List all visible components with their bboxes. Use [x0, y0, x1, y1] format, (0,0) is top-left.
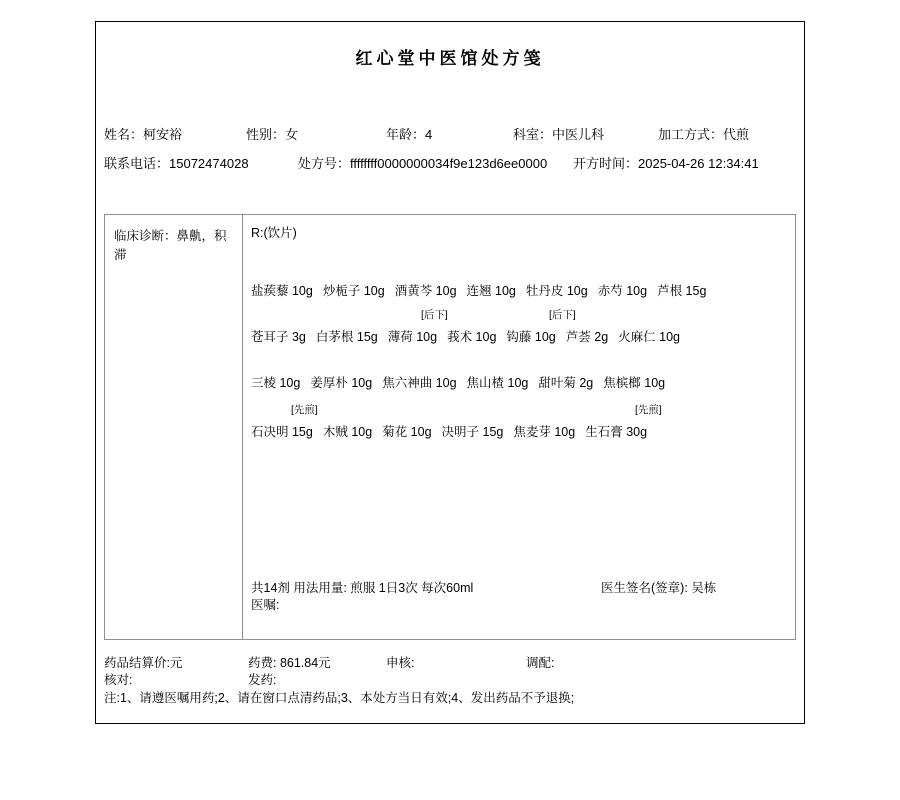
- field-label: 姓名：: [104, 127, 143, 142]
- herb-line: 苍耳子 3g白茅根 15g薄荷 10g莪术 10g钩藤 10g芦荟 2g火麻仁 …: [251, 327, 690, 345]
- herb-item: 莪术 10g: [447, 330, 496, 344]
- footer-review: 申核:: [386, 653, 414, 671]
- herb-item: 焦六神曲 10g: [382, 376, 456, 390]
- field-label: 药费:: [248, 656, 280, 670]
- field-label: 科室：: [513, 127, 552, 142]
- herb-item: 赤芍 10g: [598, 284, 647, 298]
- field-value: 2025-04-26 12:34:41: [638, 156, 759, 171]
- herb-item: 盐蒺藜 10g: [251, 284, 313, 298]
- herb-item: 焦麦芽 10g: [513, 425, 575, 439]
- herb-line: 石决明 15g木贼 10g菊花 10g决明子 15g焦麦芽 10g生石膏 30g: [251, 422, 657, 440]
- field-department: 科室：中医儿科: [513, 124, 604, 143]
- herb-item: 芦荟 2g: [566, 330, 608, 344]
- herb-item: 钩藤 10g: [506, 330, 555, 344]
- signature-value: 吴栋: [691, 581, 716, 595]
- footer-drug-fee: 药费: 861.84元: [248, 653, 331, 671]
- herb-item: 焦槟榔 10g: [603, 376, 665, 390]
- herb-item: 三棱 10g: [251, 376, 300, 390]
- herb-line: 三棱 10g姜厚朴 10g焦六神曲 10g焦山楂 10g甜叶菊 2g焦槟榔 10…: [251, 373, 675, 391]
- herb-item: 决明子 15g: [442, 425, 504, 439]
- footer-note: 注:1、请遵医嘱用药;2、请在窗口点清药品;3、本处方当日有效;4、发出药品不予…: [104, 688, 574, 706]
- medical-advice-label: 医嘱:: [251, 595, 279, 613]
- footer-dispense: 发药:: [248, 670, 276, 688]
- herb-item: 芦根 15g: [657, 284, 706, 298]
- field-label: 核对:: [104, 673, 132, 687]
- field-prescription-number: 处方号：ffffffff0000000034f9e123d6ee0000: [298, 153, 547, 172]
- herb-item: 火麻仁 10g: [618, 330, 680, 344]
- page-title: 红心堂中医馆处方笺: [96, 44, 804, 69]
- herb-item: 炒栀子 10g: [323, 284, 385, 298]
- field-value: 中医儿科: [552, 127, 604, 142]
- field-value: 代煎: [723, 127, 749, 142]
- footer-dispense-prepare: 调配:: [526, 653, 554, 671]
- field-value: 柯安裕: [143, 127, 182, 142]
- field-label: 调配:: [526, 656, 554, 670]
- diagnosis-label: 临床诊断：: [114, 229, 177, 243]
- field-label: 年龄：: [386, 127, 425, 142]
- herb-item: 木贼 10g: [323, 425, 372, 439]
- herb-item: 石决明 15g: [251, 425, 313, 439]
- prescription-sheet: 红心堂中医馆处方笺 姓名：柯安裕 性别：女 年龄：4 科室：中医儿科 加工方式：…: [95, 21, 805, 724]
- herb-item: 菊花 10g: [382, 425, 431, 439]
- field-label: 药品结算价:: [104, 656, 170, 670]
- footer-settlement-price: 药品结算价:元: [104, 653, 183, 671]
- rx-header: R:(饮片): [251, 223, 297, 241]
- field-label: 申核:: [386, 656, 414, 670]
- decoction-annotation: [先煎]: [291, 402, 318, 417]
- field-value: 元: [170, 656, 183, 670]
- field-value: 861.84元: [280, 656, 331, 670]
- decoction-annotation: [后下]: [549, 307, 576, 322]
- field-issue-time: 开方时间：2025-04-26 12:34:41: [573, 153, 759, 172]
- herb-line: 盐蒺藜 10g炒栀子 10g酒黄芩 10g连翘 10g牡丹皮 10g赤芍 10g…: [251, 281, 716, 299]
- herb-item: 薄荷 10g: [388, 330, 437, 344]
- rx-content: R:(饮片) 盐蒺藜 10g炒栀子 10g酒黄芩 10g连翘 10g牡丹皮 10…: [243, 215, 795, 639]
- field-label: 性别：: [246, 127, 285, 142]
- herb-item: 连翘 10g: [467, 284, 516, 298]
- footer-check: 核对:: [104, 670, 132, 688]
- decoction-annotation: [先煎]: [635, 402, 662, 417]
- herb-item: 生石膏 30g: [585, 425, 647, 439]
- herb-item: 苍耳子 3g: [251, 330, 306, 344]
- field-label: 开方时间：: [573, 156, 638, 171]
- field-label: 处方号：: [298, 156, 350, 171]
- field-patient-name: 姓名：柯安裕: [104, 124, 182, 143]
- field-phone: 联系电话：15072474028: [104, 153, 249, 172]
- field-value: 15072474028: [169, 156, 249, 171]
- herb-item: 酒黄芩 10g: [395, 284, 457, 298]
- clinical-diagnosis: 临床诊断：鼻鼽，积滞: [105, 215, 243, 639]
- herb-item: 甜叶菊 2g: [538, 376, 593, 390]
- herb-item: 白茅根 15g: [316, 330, 378, 344]
- field-value: 4: [425, 127, 432, 142]
- field-value: 女: [285, 127, 298, 142]
- herb-item: 姜厚朴 10g: [310, 376, 372, 390]
- field-age: 年龄：4: [386, 124, 432, 143]
- field-value: ffffffff0000000034f9e123d6ee0000: [350, 156, 547, 171]
- field-label: 发药:: [248, 673, 276, 687]
- field-label: 加工方式：: [658, 127, 723, 142]
- herb-item: 牡丹皮 10g: [526, 284, 588, 298]
- field-label: 联系电话：: [104, 156, 169, 171]
- herb-item: 焦山楂 10g: [467, 376, 529, 390]
- dosage-instructions: 共14剂 用法用量: 煎服 1日3次 每次60ml: [251, 578, 473, 596]
- prescription-table: 临床诊断：鼻鼽，积滞 R:(饮片) 盐蒺藜 10g炒栀子 10g酒黄芩 10g连…: [104, 214, 796, 640]
- field-gender: 性别：女: [246, 124, 298, 143]
- decoction-annotation: [后下]: [421, 307, 448, 322]
- signature-label: 医生签名(签章):: [601, 581, 691, 595]
- field-processing-method: 加工方式：代煎: [658, 124, 749, 143]
- doctor-signature: 医生签名(签章): 吴栋: [601, 578, 716, 596]
